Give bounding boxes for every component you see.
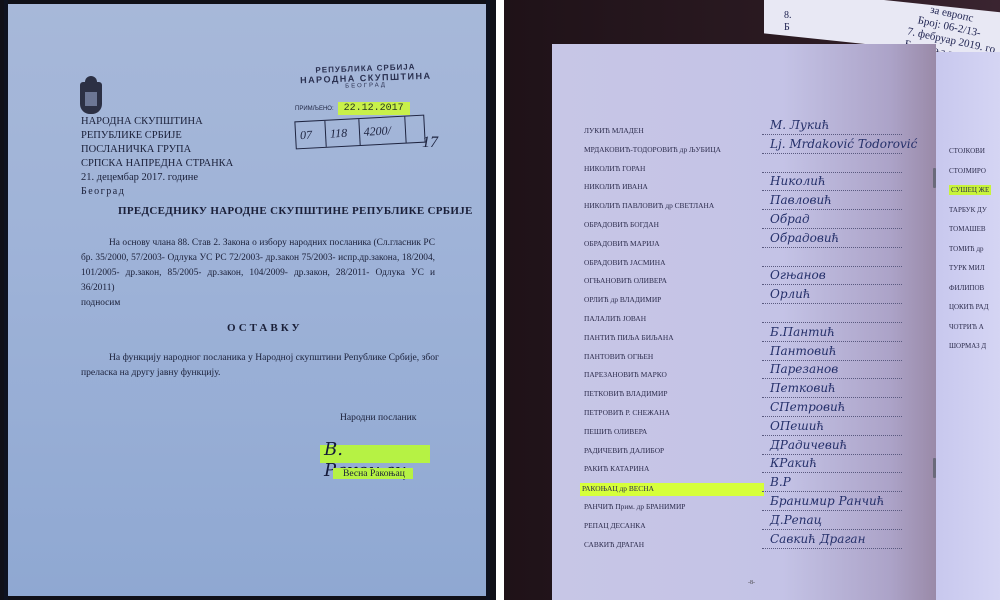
signature-row: ПЕТКОВИЋ ВЛАДИМИРПетковић: [584, 385, 904, 404]
signature-booklet-photo: 8. Б за европс Број: 06-2/13- 7. фебруар…: [504, 0, 1000, 600]
handwritten-signature: Обрадовић: [770, 231, 839, 245]
signatory-name: Весна Ракоњац: [333, 468, 413, 479]
member-name: ПАРЕЗАНОВИЋ МАРКО: [584, 370, 667, 379]
next-page-row: ЦОКИЋ РАД: [949, 303, 991, 323]
handwritten-signature: Савкић Драган: [770, 532, 865, 546]
handwritten-signature: М. Лукић: [770, 118, 830, 132]
signature-line: [762, 172, 902, 173]
registry-cell: 118: [325, 119, 360, 147]
signature-line: [762, 303, 902, 304]
member-name: ЧОТРИЋ А: [949, 323, 984, 331]
header-city: Београд: [81, 185, 233, 199]
member-name: ТАРБУК ДУ: [949, 206, 987, 214]
header-date: 21. децембар 2017. године: [81, 171, 233, 185]
member-name: ОБРАДОВИЋ МАРИЈА: [584, 239, 660, 248]
legal-basis-tail: подносим: [81, 296, 435, 311]
handwritten-signature: Парезанов: [770, 362, 838, 376]
legal-basis-paragraph: На основу члана 88. Став 2. Закона о изб…: [81, 236, 435, 311]
signature-line: [762, 341, 902, 342]
member-name: ФИЛИПОВ: [949, 284, 984, 292]
member-name: ТОМАШЕВ: [949, 225, 986, 233]
header-line: ПОСЛАНИЧКА ГРУПА: [81, 143, 233, 157]
handwritten-signature: Б.Пантић: [770, 325, 835, 339]
signature-row: ПАНТИЋ ПИЉА БИЉАНАБ.Пантић: [584, 329, 904, 348]
next-page-row: ТОМАШЕВ: [949, 225, 991, 245]
signature-row: ПАЛАЛИЋ ЈОВАН: [584, 310, 904, 329]
signature-list: ЛУКИЋ МЛАДЕНМ. ЛукићМРДАКОВИЋ-ТОДОРОВИЋ …: [584, 122, 904, 554]
signature-line: [762, 360, 902, 361]
signature-line: [762, 284, 902, 285]
next-page-row: СУШЕЦ ЖЕ: [949, 186, 991, 206]
member-name: ПАНТОВИЋ ОГЊЕН: [584, 352, 653, 361]
header-line: СРПСКА НАПРЕДНА СТРАНКА: [81, 157, 233, 171]
resignation-heading: ОСТАВКУ: [227, 322, 303, 334]
paper-edge: [4, 0, 8, 600]
staple: [933, 458, 936, 478]
member-name: РАКИЋ КАТАРИНА: [584, 464, 649, 473]
parliament-stamp: РЕПУБЛИКА СРБИЈА НАРОДНА СКУПШТИНА БЕОГР…: [300, 62, 432, 92]
member-name: РАНЧИЋ Прим. др БРАНИМИР: [584, 502, 685, 511]
header-line: НАРОДНА СКУПШТИНА: [81, 115, 233, 129]
next-page-row: ТАРБУК ДУ: [949, 206, 991, 226]
signature-row: ОБРАДОВИЋ МАРИЈАОбрадовић: [584, 235, 904, 254]
handwritten-signature: Павловић: [770, 193, 832, 207]
panel-divider: [496, 0, 504, 600]
member-name: НИКОЛИЋ ГОРАН: [584, 164, 645, 173]
fragment: 8.: [784, 10, 792, 22]
handwritten-signature: Николић: [770, 174, 826, 188]
staple: [933, 168, 936, 188]
signatory-title: Народни посланик: [340, 412, 416, 423]
legal-basis-text: На основу члана 88. Став 2. Закона о изб…: [81, 238, 435, 293]
signature-row: ПАРЕЗАНОВИЋ МАРКОПарезанов: [584, 366, 904, 385]
member-name: РАКОЊАЦ др ВЕСНА: [580, 483, 764, 496]
letter-header: НАРОДНА СКУПШТИНА РЕПУБЛИКЕ СРБИЈЕ ПОСЛА…: [81, 115, 233, 199]
signature-line: [762, 529, 902, 530]
handwritten-signature: Пантовић: [770, 344, 837, 358]
next-page-row: ФИЛИПОВ: [949, 284, 991, 304]
signature-line: [762, 548, 902, 549]
signature-row: ОБРАДОВИЋ ЈАСМИНА: [584, 254, 904, 273]
resignation-text: На функцију народног посланика у Народно…: [81, 350, 441, 380]
signature-line: [762, 472, 902, 473]
signature-line: [762, 510, 902, 511]
signature-line: [762, 228, 902, 229]
coat-of-arms-icon: [80, 82, 102, 114]
paper-edge: [486, 0, 490, 600]
member-name: НИКОЛИЋ ПАВЛОВИЋ др СВЕТЛАНА: [584, 201, 714, 210]
fragment: Б: [784, 22, 792, 34]
registry-cell: 4200/: [359, 117, 406, 145]
handwritten-signature: ДРадичевић: [770, 438, 847, 452]
next-page-row: ТУРК МИЛ: [949, 264, 991, 284]
handwritten-signature: В.Р: [770, 475, 791, 489]
member-name: ШОРМАЗ Д: [949, 342, 986, 350]
handwritten-signature: Обрад: [770, 212, 810, 226]
registry-cell: 07: [295, 121, 326, 149]
member-name: САВКИЋ ДРАГАН: [584, 540, 644, 549]
addressee-heading: ПРЕДСЕДНИКУ НАРОДНЕ СКУПШТИНЕ РЕПУБЛИКЕ …: [118, 205, 473, 217]
member-name: ПАНТИЋ ПИЉА БИЉАНА: [584, 333, 674, 342]
signature-row: РАДИЧЕВИЋ ДАЛИБОРДРадичевић: [584, 442, 904, 461]
member-name: НИКОЛИЋ ИВАНА: [584, 182, 648, 191]
signature-row: НИКОЛИЋ ГОРАН: [584, 160, 904, 179]
handwritten-signature: Д.Репац: [770, 513, 822, 527]
next-page-row: СТОЈКОВИ: [949, 147, 991, 167]
signature-row: НИКОЛИЋ ПАВЛОВИЋ др СВЕТЛАНАПавловић: [584, 197, 904, 216]
member-name: ОГЊАНОВИЋ ОЛИВЕРА: [584, 276, 667, 285]
member-name: ПЕШИЋ ОЛИВЕРА: [584, 427, 647, 436]
member-name: ТОМИЋ др: [949, 245, 984, 253]
member-name: ОРЛИЋ др ВЛАДИМИР: [584, 295, 661, 304]
signature-line: [762, 435, 902, 436]
signature-highlight: В. Ракоњац: [320, 445, 430, 463]
handwritten-signature: СПетровић: [770, 400, 845, 414]
member-name: ЛУКИЋ МЛАДЕН: [584, 126, 644, 135]
member-name: СТОЈКОВИ: [949, 147, 985, 155]
signature-row: РАКИЋ КАТАРИНАКРакић: [584, 460, 904, 479]
handwritten-signature: Огњанов: [770, 268, 826, 282]
received-date: 22.12.2017: [338, 102, 410, 115]
member-name: СУШЕЦ ЖЕ: [949, 185, 991, 195]
member-name: ОБРАДОВИЋ ЈАСМИНА: [584, 258, 665, 267]
received-line: ПРИМЉЕНО:22.12.2017: [295, 103, 410, 114]
signature-line: [762, 190, 902, 191]
member-name: ПЕТКОВИЋ ВЛАДИМИР: [584, 389, 667, 398]
handwritten-signature: Петковић: [770, 381, 836, 395]
member-name: СТОЈМИРО: [949, 167, 986, 175]
signature-line: [762, 491, 902, 492]
signature-row: САВКИЋ ДРАГАНСавкић Драган: [584, 536, 904, 555]
member-name: РАДИЧЕВИЋ ДАЛИБОР: [584, 446, 664, 455]
signature-row: МРДАКОВИЋ-ТОДОРОВИЋ др ЉУБИЦАLj. Mrdakov…: [584, 141, 904, 160]
signature-row: НИКОЛИЋ ИВАНАНиколић: [584, 178, 904, 197]
next-page-row: ЧОТРИЋ А: [949, 323, 991, 343]
header-line: РЕПУБЛИКЕ СРБИЈЕ: [81, 129, 233, 143]
signature-row: РАНЧИЋ Прим. др БРАНИМИРБранимир Ранчић: [584, 498, 904, 517]
handwritten-signature: КРакић: [770, 456, 817, 470]
handwritten-signature: ОПешић: [770, 419, 824, 433]
registry-year: 17: [422, 134, 438, 152]
received-label: ПРИМЉЕНО:: [295, 106, 334, 112]
signature-row: ПЕШИЋ ОЛИВЕРАОПешић: [584, 423, 904, 442]
page-number: -8-: [748, 580, 755, 586]
signature-line: [762, 134, 902, 135]
handwritten-signature: Lj. Mrdaković Todorović: [770, 137, 917, 151]
member-name: ТУРК МИЛ: [949, 264, 985, 272]
signature-line: [762, 247, 902, 248]
signature-line: [762, 378, 902, 379]
next-page-row: СТОЈМИРО: [949, 167, 991, 187]
signature-row: ПЕТРОВИЋ Р. СНЕЖАНАСПетровић: [584, 404, 904, 423]
signature-row: ПАНТОВИЋ ОГЊЕНПантовић: [584, 348, 904, 367]
signature-line: [762, 322, 902, 323]
signature-line: [762, 454, 902, 455]
member-name: ОБРАДОВИЋ БОГДАН: [584, 220, 659, 229]
next-page-row: ТОМИЋ др: [949, 245, 991, 265]
signature-row: ОБРАДОВИЋ БОГДАНОбрад: [584, 216, 904, 235]
member-name: ПАЛАЛИЋ ЈОВАН: [584, 314, 646, 323]
signature-line: [762, 153, 902, 154]
signature-row: ОРЛИЋ др ВЛАДИМИРОрлић: [584, 291, 904, 310]
handwritten-signature: Орлић: [770, 287, 811, 301]
paper-behind-fragments: 8. Б: [784, 0, 792, 34]
handwritten-signature: Бранимир Ранчић: [770, 494, 885, 508]
resignation-letter-photo: НАРОДНА СКУПШТИНА РЕПУБЛИКЕ СРБИЈЕ ПОСЛА…: [0, 0, 496, 600]
next-page-row: ШОРМАЗ Д: [949, 342, 991, 362]
member-name: РЕПАЦ ДЕСАНКА: [584, 521, 646, 530]
signature-line: [762, 416, 902, 417]
signature-row: ОГЊАНОВИЋ ОЛИВЕРАОгњанов: [584, 272, 904, 291]
signature-line: [762, 266, 902, 267]
member-name: МРДАКОВИЋ-ТОДОРОВИЋ др ЉУБИЦА: [584, 145, 721, 154]
member-name: ЦОКИЋ РАД: [949, 303, 989, 311]
signature-line: [762, 397, 902, 398]
next-page-name-list: СТОЈКОВИСТОЈМИРОСУШЕЦ ЖЕТАРБУК ДУТОМАШЕВ…: [949, 147, 991, 362]
signature-line: [762, 209, 902, 210]
member-name: ПЕТРОВИЋ Р. СНЕЖАНА: [584, 408, 670, 417]
